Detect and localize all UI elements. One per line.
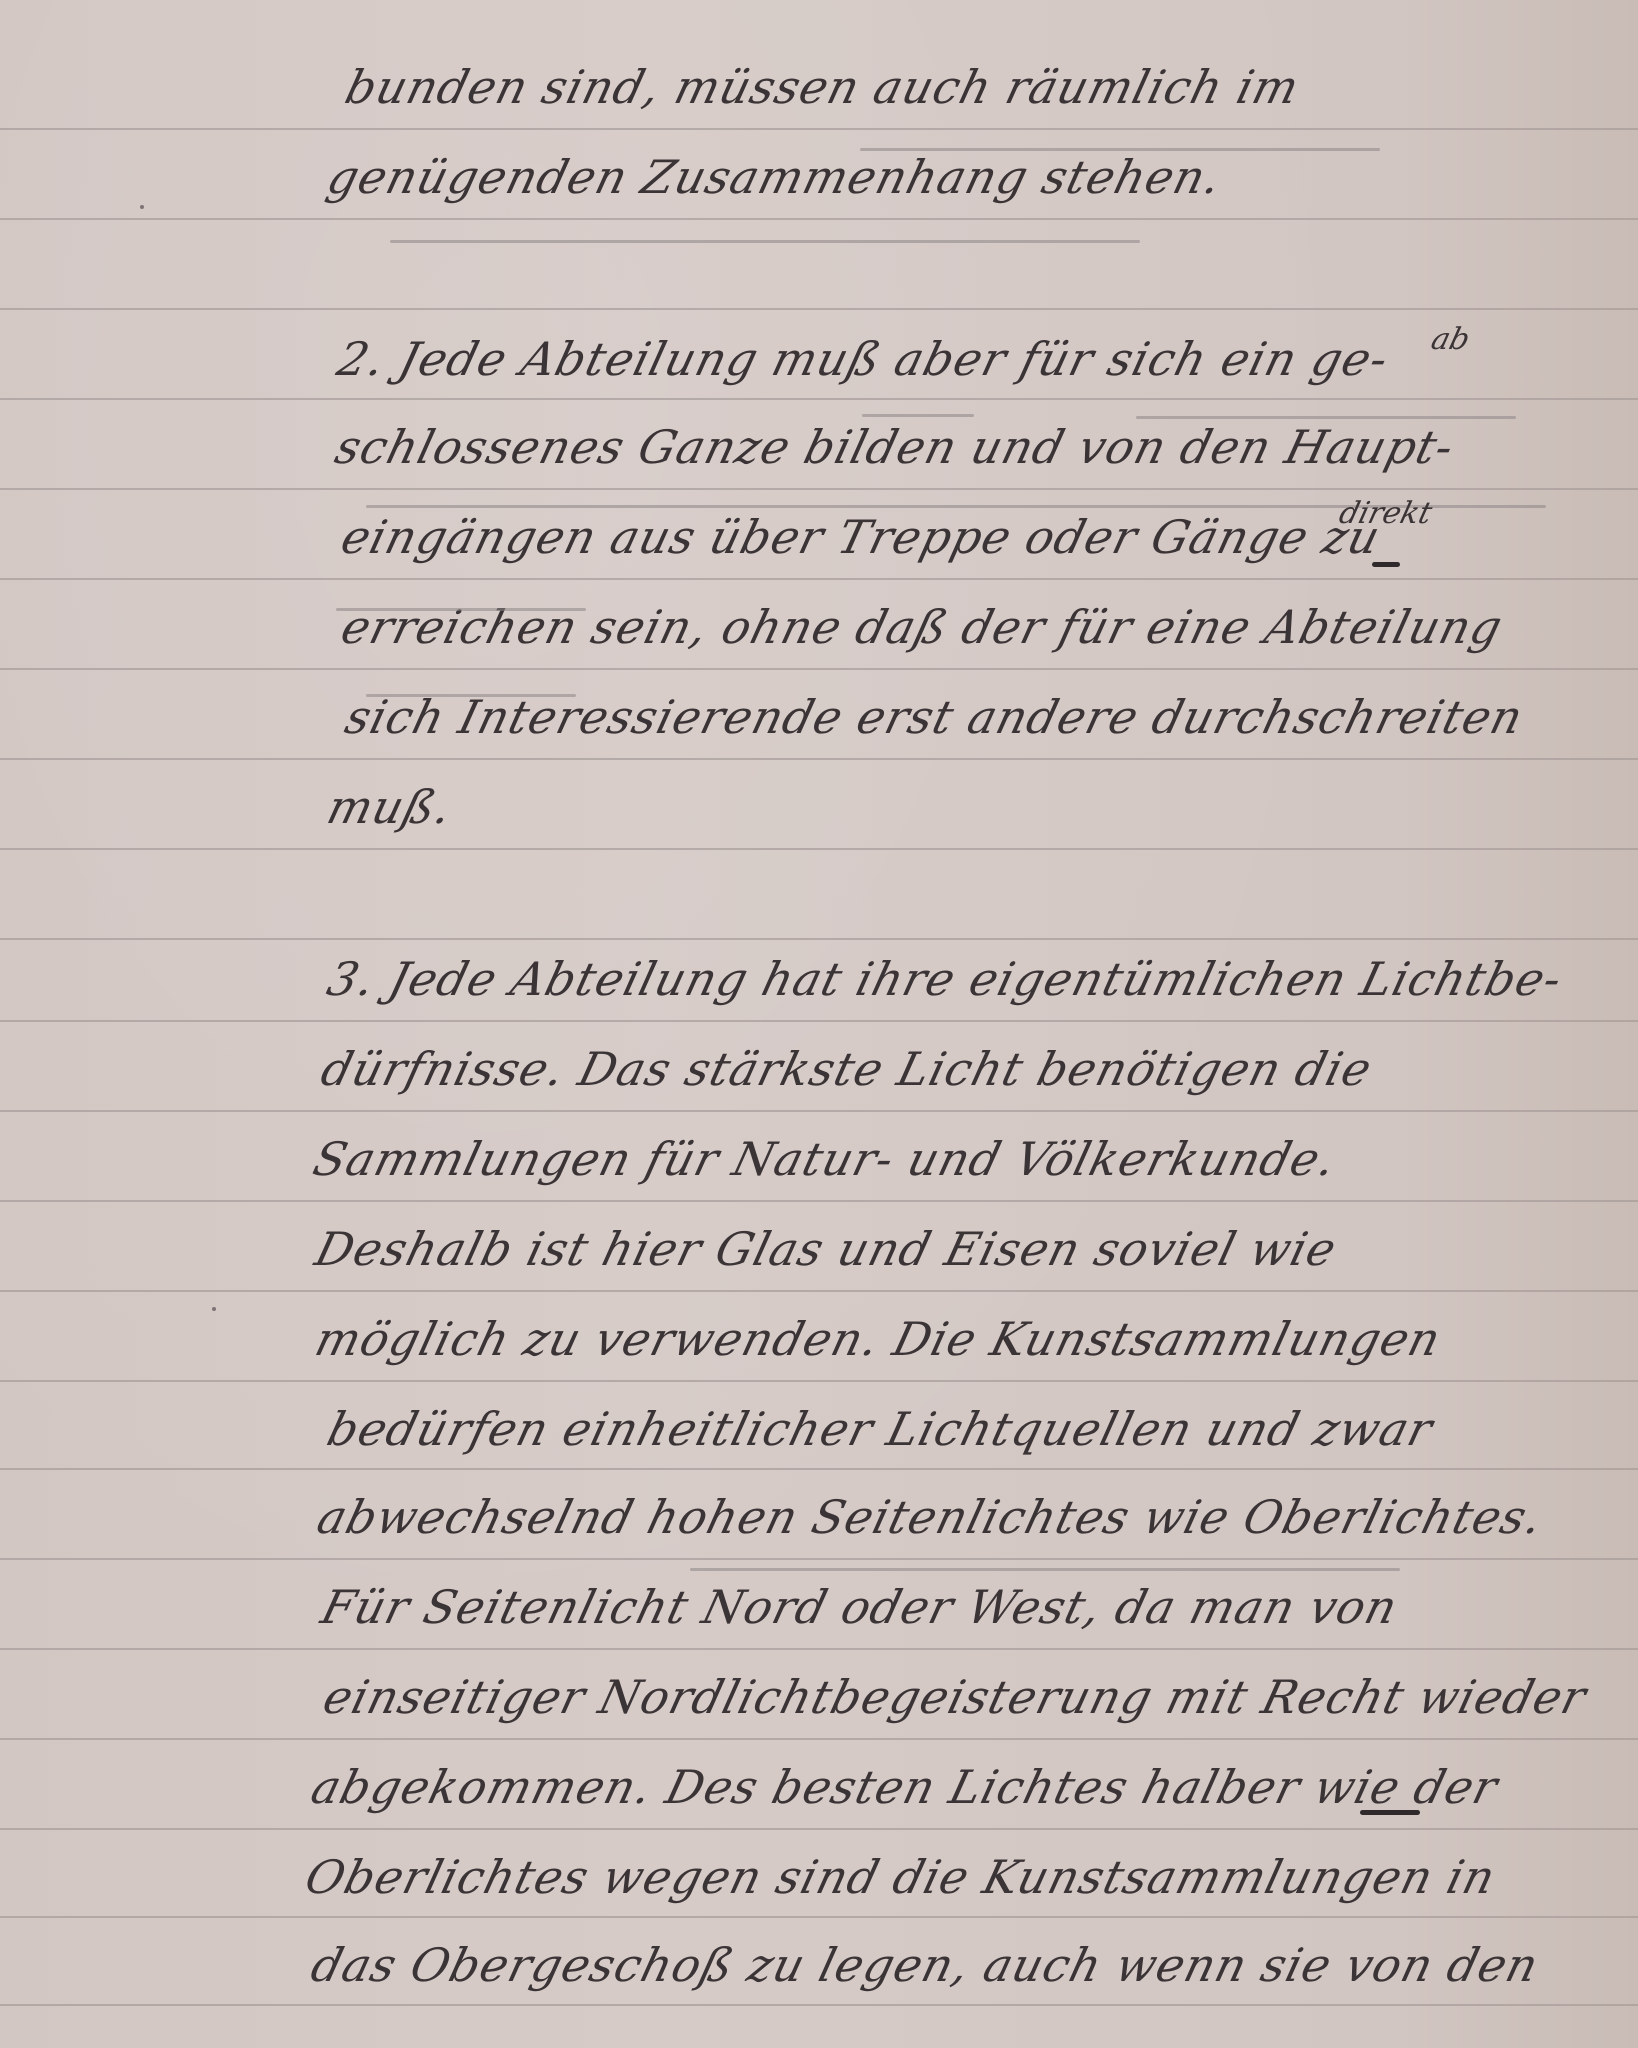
line-text: sich Interessierende erst andere durchsc… [340,690,1529,744]
line-text: Sammlungen für Natur- und Völkerkunde. [308,1132,1342,1186]
manuscript-line: Deshalb ist hier Glas und Eisen soviel w… [0,1200,1638,1290]
line-text: Deshalb ist hier Glas und Eisen soviel w… [310,1222,1342,1276]
line-text: schlossenes Ganze bilden und von den Hau… [330,420,1460,474]
manuscript-line: Sammlungen für Natur- und Völkerkunde. [0,1110,1638,1200]
line-text: bunden sind, müssen auch räumlich im [340,60,1305,114]
manuscript-line: abwechselnd hohen Seitenlichtes wie Ober… [0,1468,1638,1558]
manuscript-line: Für Seitenlicht Nord oder West, da man v… [0,1558,1638,1648]
line-text: Oberlichtes wegen sind die Kunstsammlung… [300,1850,1501,1904]
line-text: abgekommen. Des besten Lichtes halber wi… [306,1760,1504,1814]
pencil-underline [336,608,586,611]
manuscript-line: genügenden Zusammenhang stehen. [0,128,1638,218]
line-text: Für Seitenlicht Nord oder West, da man v… [316,1580,1403,1634]
manuscript-line: erreichen sein, ohne daß der für eine Ab… [0,578,1638,668]
manuscript-page: bunden sind, müssen auch räumlich im gen… [0,0,1638,2048]
manuscript-line: bunden sind, müssen auch räumlich im [0,38,1638,128]
manuscript-line: dürfnisse. Das stärkste Licht benötigen … [0,1020,1638,1110]
line-text: einseitiger Nordlichtbegeisterung mit Re… [318,1670,1592,1724]
manuscript-line: 3. Jede Abteilung hat ihre eigentümliche… [0,930,1638,1020]
pencil-underline [366,694,576,697]
manuscript-line: bedürfen einheitlicher Lichtquellen und … [0,1380,1638,1470]
struck-word-so [1372,562,1400,567]
line-text: 3. Jede Abteilung hat ihre eigentümliche… [322,952,1568,1006]
manuscript-line: Oberlichtes wegen sind die Kunstsammlung… [0,1828,1638,1918]
line-text: das Obergeschoß zu legen, auch wenn sie … [306,1938,1545,1992]
pencil-underline [390,240,1140,243]
manuscript-line: das Obergeschoß zu legen, auch wenn sie … [0,1916,1638,2006]
struck-word-auch [1360,1810,1420,1815]
manuscript-line: muß. [0,758,1638,848]
manuscript-line: 2. Jede Abteilung muß aber für sich ein … [0,310,1638,400]
manuscript-line: schlossenes Ganze bilden und von den Hau… [0,398,1638,488]
manuscript-line: sich Interessierende erst andere durchsc… [0,668,1638,758]
line-text: möglich zu verwenden. Die Kunstsammlunge… [310,1312,1447,1366]
line-text: 2. Jede Abteilung muß aber für sich ein … [332,332,1394,386]
line-text: bedürfen einheitlicher Lichtquellen und … [322,1402,1439,1456]
line-text: dürfnisse. Das stärkste Licht benötigen … [316,1042,1378,1096]
pencil-underline [690,1568,1400,1571]
ruled-line [0,848,1638,850]
manuscript-line: möglich zu verwenden. Die Kunstsammlunge… [0,1290,1638,1380]
line-text: muß. [322,780,458,834]
line-text: genügenden Zusammenhang stehen. [322,150,1227,204]
line-text: eingängen aus über Treppe oder Gänge zu [336,510,1386,564]
manuscript-line: einseitiger Nordlichtbegeisterung mit Re… [0,1648,1638,1738]
insertion-direkt: direkt [1336,496,1436,531]
ruled-line [0,218,1638,220]
line-text: abwechselnd hohen Seitenlichtes wie Ober… [312,1490,1549,1544]
